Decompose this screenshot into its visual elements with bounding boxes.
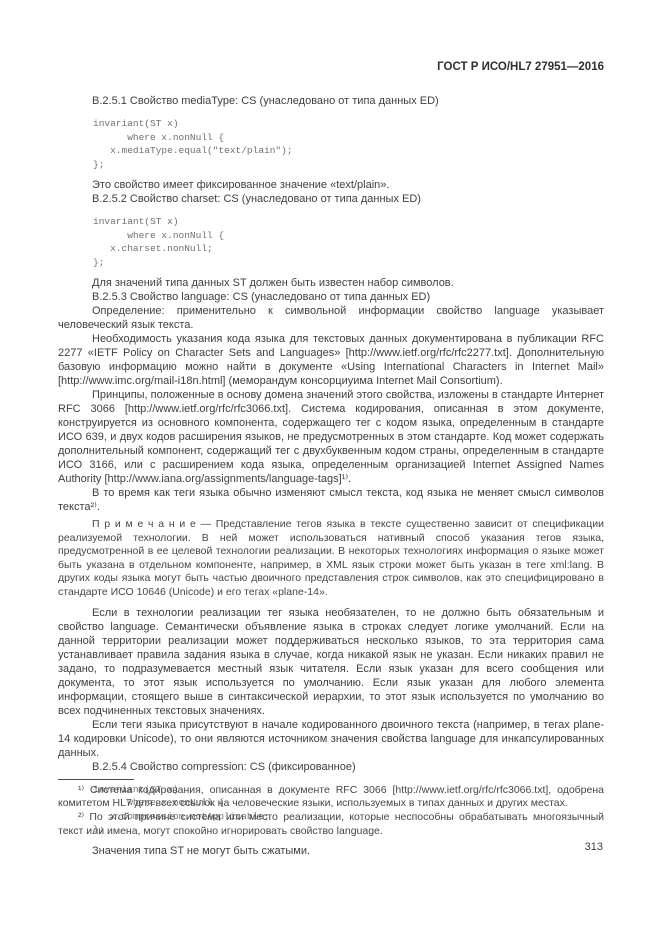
paragraph-st-not-compressed: Значения типа ST не могут быть сжатыми. (58, 844, 604, 858)
footnote-separator-rule (58, 779, 134, 780)
footnote-2: ²⁾ По этой причине система или место реа… (58, 811, 604, 837)
paragraph-rfc2277: Необходимость указания кода языка для те… (58, 332, 604, 388)
code-invariant-mediatype: invariant(ST x) where x.nonNull { x.medi… (58, 117, 604, 171)
paragraph-language-definition: Определение: применительно к символьной … (58, 304, 604, 332)
paragraph-plane14: Если теги языка присутствуют в начале ко… (58, 718, 604, 760)
page-content: ГОСТ Р ИСО/HL7 27951—2016 В.2.5.1 Свойст… (58, 60, 604, 858)
paragraph-rfc3066: Принципы, положенные в основу домена зна… (58, 388, 604, 486)
paragraph-mediatype-fixed: Это свойство имеет фиксированное значени… (58, 178, 604, 192)
heading-b251: В.2.5.1 Свойство mediaType: CS (унаследо… (58, 94, 604, 108)
paragraph-language-tags: В то время как теги языка обычно изменяю… (58, 486, 604, 514)
heading-b253: В.2.5.3 Свойство language: CS (унаследов… (58, 290, 604, 304)
document-page: ГОСТ Р ИСО/HL7 27951—2016 В.2.5.1 Свойст… (0, 0, 661, 935)
code-invariant-charset: invariant(ST x) where x.nonNull { x.char… (58, 215, 604, 269)
heading-b254: В.2.5.4 Свойство compression: CS (фиксир… (58, 760, 604, 774)
paragraph-language-defaults: Если в технологии реализации тег языка н… (58, 606, 604, 718)
note-language-tags: П р и м е ч а н и е — Представление тего… (58, 518, 604, 600)
page-number: 313 (585, 841, 603, 853)
paragraph-charset-required: Для значений типа данных ST должен быть … (58, 276, 604, 290)
footnote-block: ¹⁾ Система кодирования, описанная в доку… (58, 779, 604, 838)
footnote-1: ¹⁾ Система кодирования, описанная в доку… (58, 784, 604, 810)
doc-header-code: ГОСТ Р ИСО/HL7 27951—2016 (58, 60, 604, 74)
heading-b252: В.2.5.2 Свойство charset: CS (унаследова… (58, 192, 604, 206)
